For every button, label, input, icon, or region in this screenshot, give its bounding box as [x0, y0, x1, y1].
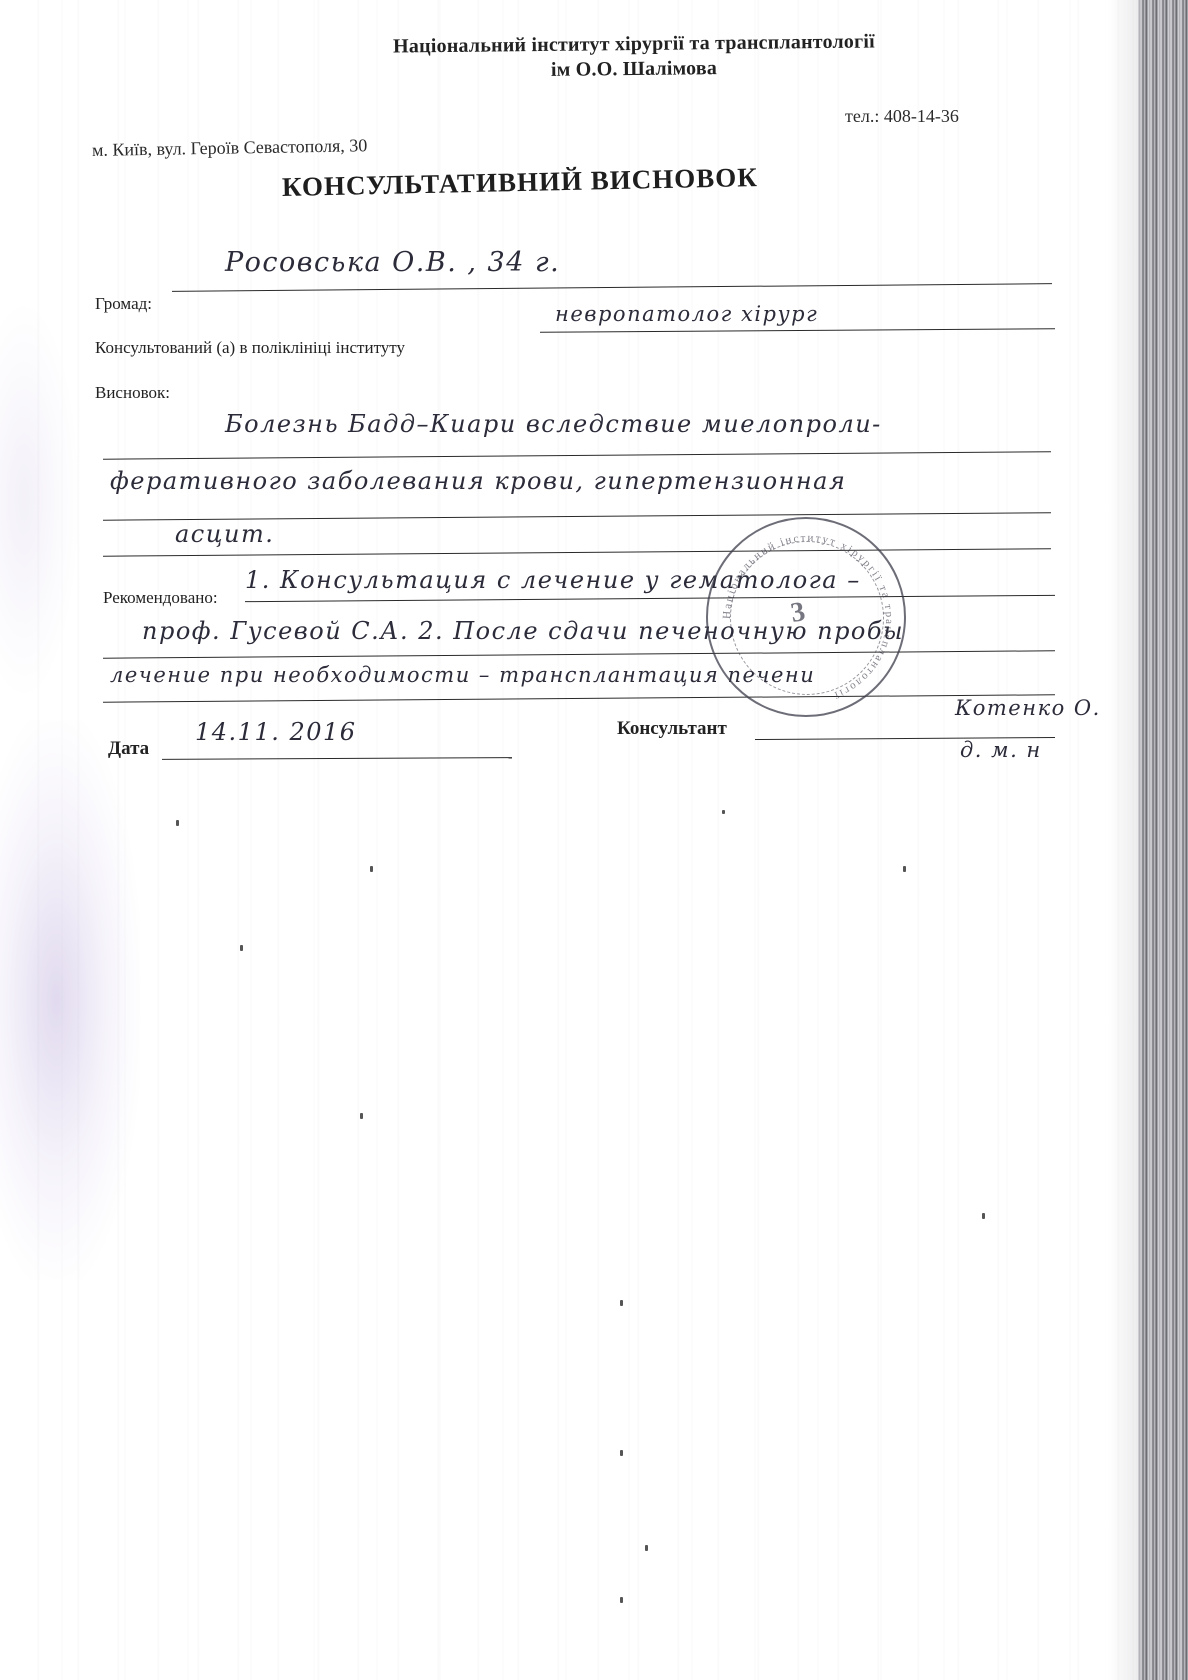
consulted-label: Консультований (а) в поліклініці інститу…: [95, 338, 405, 358]
conclusion-line-2: феративного заболевания крови, гипертенз…: [110, 467, 846, 495]
scan-speck: [176, 820, 179, 826]
scan-speck: [903, 866, 906, 872]
document-title: КОНСУЛЬТАТИВНИЙ ВИСНОВОК: [282, 162, 758, 203]
address: м. Київ, вул. Героїв Севастополя, 30: [92, 135, 368, 161]
svg-text:Національний інститут хірургії: Національний інститут хірургії та трансп…: [721, 532, 895, 702]
scan-smudge-upper: [0, 300, 80, 700]
conclusion-rule-1: [103, 451, 1051, 459]
scan-speck: [360, 1113, 363, 1119]
scan-speck: [982, 1213, 985, 1219]
recommended-rule-2: [103, 650, 1055, 658]
date-line: [162, 757, 512, 760]
conclusion-label: Висновок:: [95, 383, 170, 403]
patient-line: [172, 283, 1052, 292]
scan-texture: [0, 0, 1188, 1680]
recommended-rule-1: [245, 595, 1055, 602]
scan-speck: [620, 1597, 623, 1603]
scan-speck: [620, 1300, 623, 1306]
patient-label: Громад:: [95, 294, 152, 314]
date-label: Дата: [108, 738, 149, 760]
round-stamp: Національний інститут хірургії та трансп…: [706, 517, 906, 717]
scan-smudge: [0, 720, 140, 1280]
conclusion-rule-3: [103, 548, 1051, 556]
recommended-rule-3: [103, 694, 1055, 702]
consultant-signature: Котенко О.: [955, 696, 1101, 720]
scan-speck: [645, 1545, 648, 1551]
consulted-line: [540, 328, 1055, 333]
binding-shadow: [1108, 0, 1138, 1680]
consulted-value-handwritten: невропатолог хірург: [555, 302, 818, 326]
date-value-handwritten: 14.11. 2016: [195, 718, 357, 746]
consultant-degree: д. м. н: [960, 738, 1042, 762]
stamp-center-mark: 3: [788, 596, 807, 630]
stamp-ring-text: Національний інститут хірургії та трансп…: [708, 519, 908, 719]
conclusion-line-3: асцит.: [175, 520, 274, 548]
phone-number: тел.: 408-14-36: [845, 106, 959, 127]
patient-name-handwritten: Росовська О.В. , 34 г.: [225, 247, 560, 278]
consultant-label: Консультант: [617, 718, 727, 740]
scan-speck: [370, 866, 373, 872]
recommended-label: Рекомендовано:: [103, 588, 218, 608]
scan-speck: [722, 810, 725, 814]
scan-speck: [620, 1450, 623, 1456]
conclusion-line-1: Болезнь Бадд–Киари вследствие миелопроли…: [225, 410, 882, 438]
binding-edge: [1138, 0, 1188, 1680]
scan-speck: [240, 945, 243, 951]
